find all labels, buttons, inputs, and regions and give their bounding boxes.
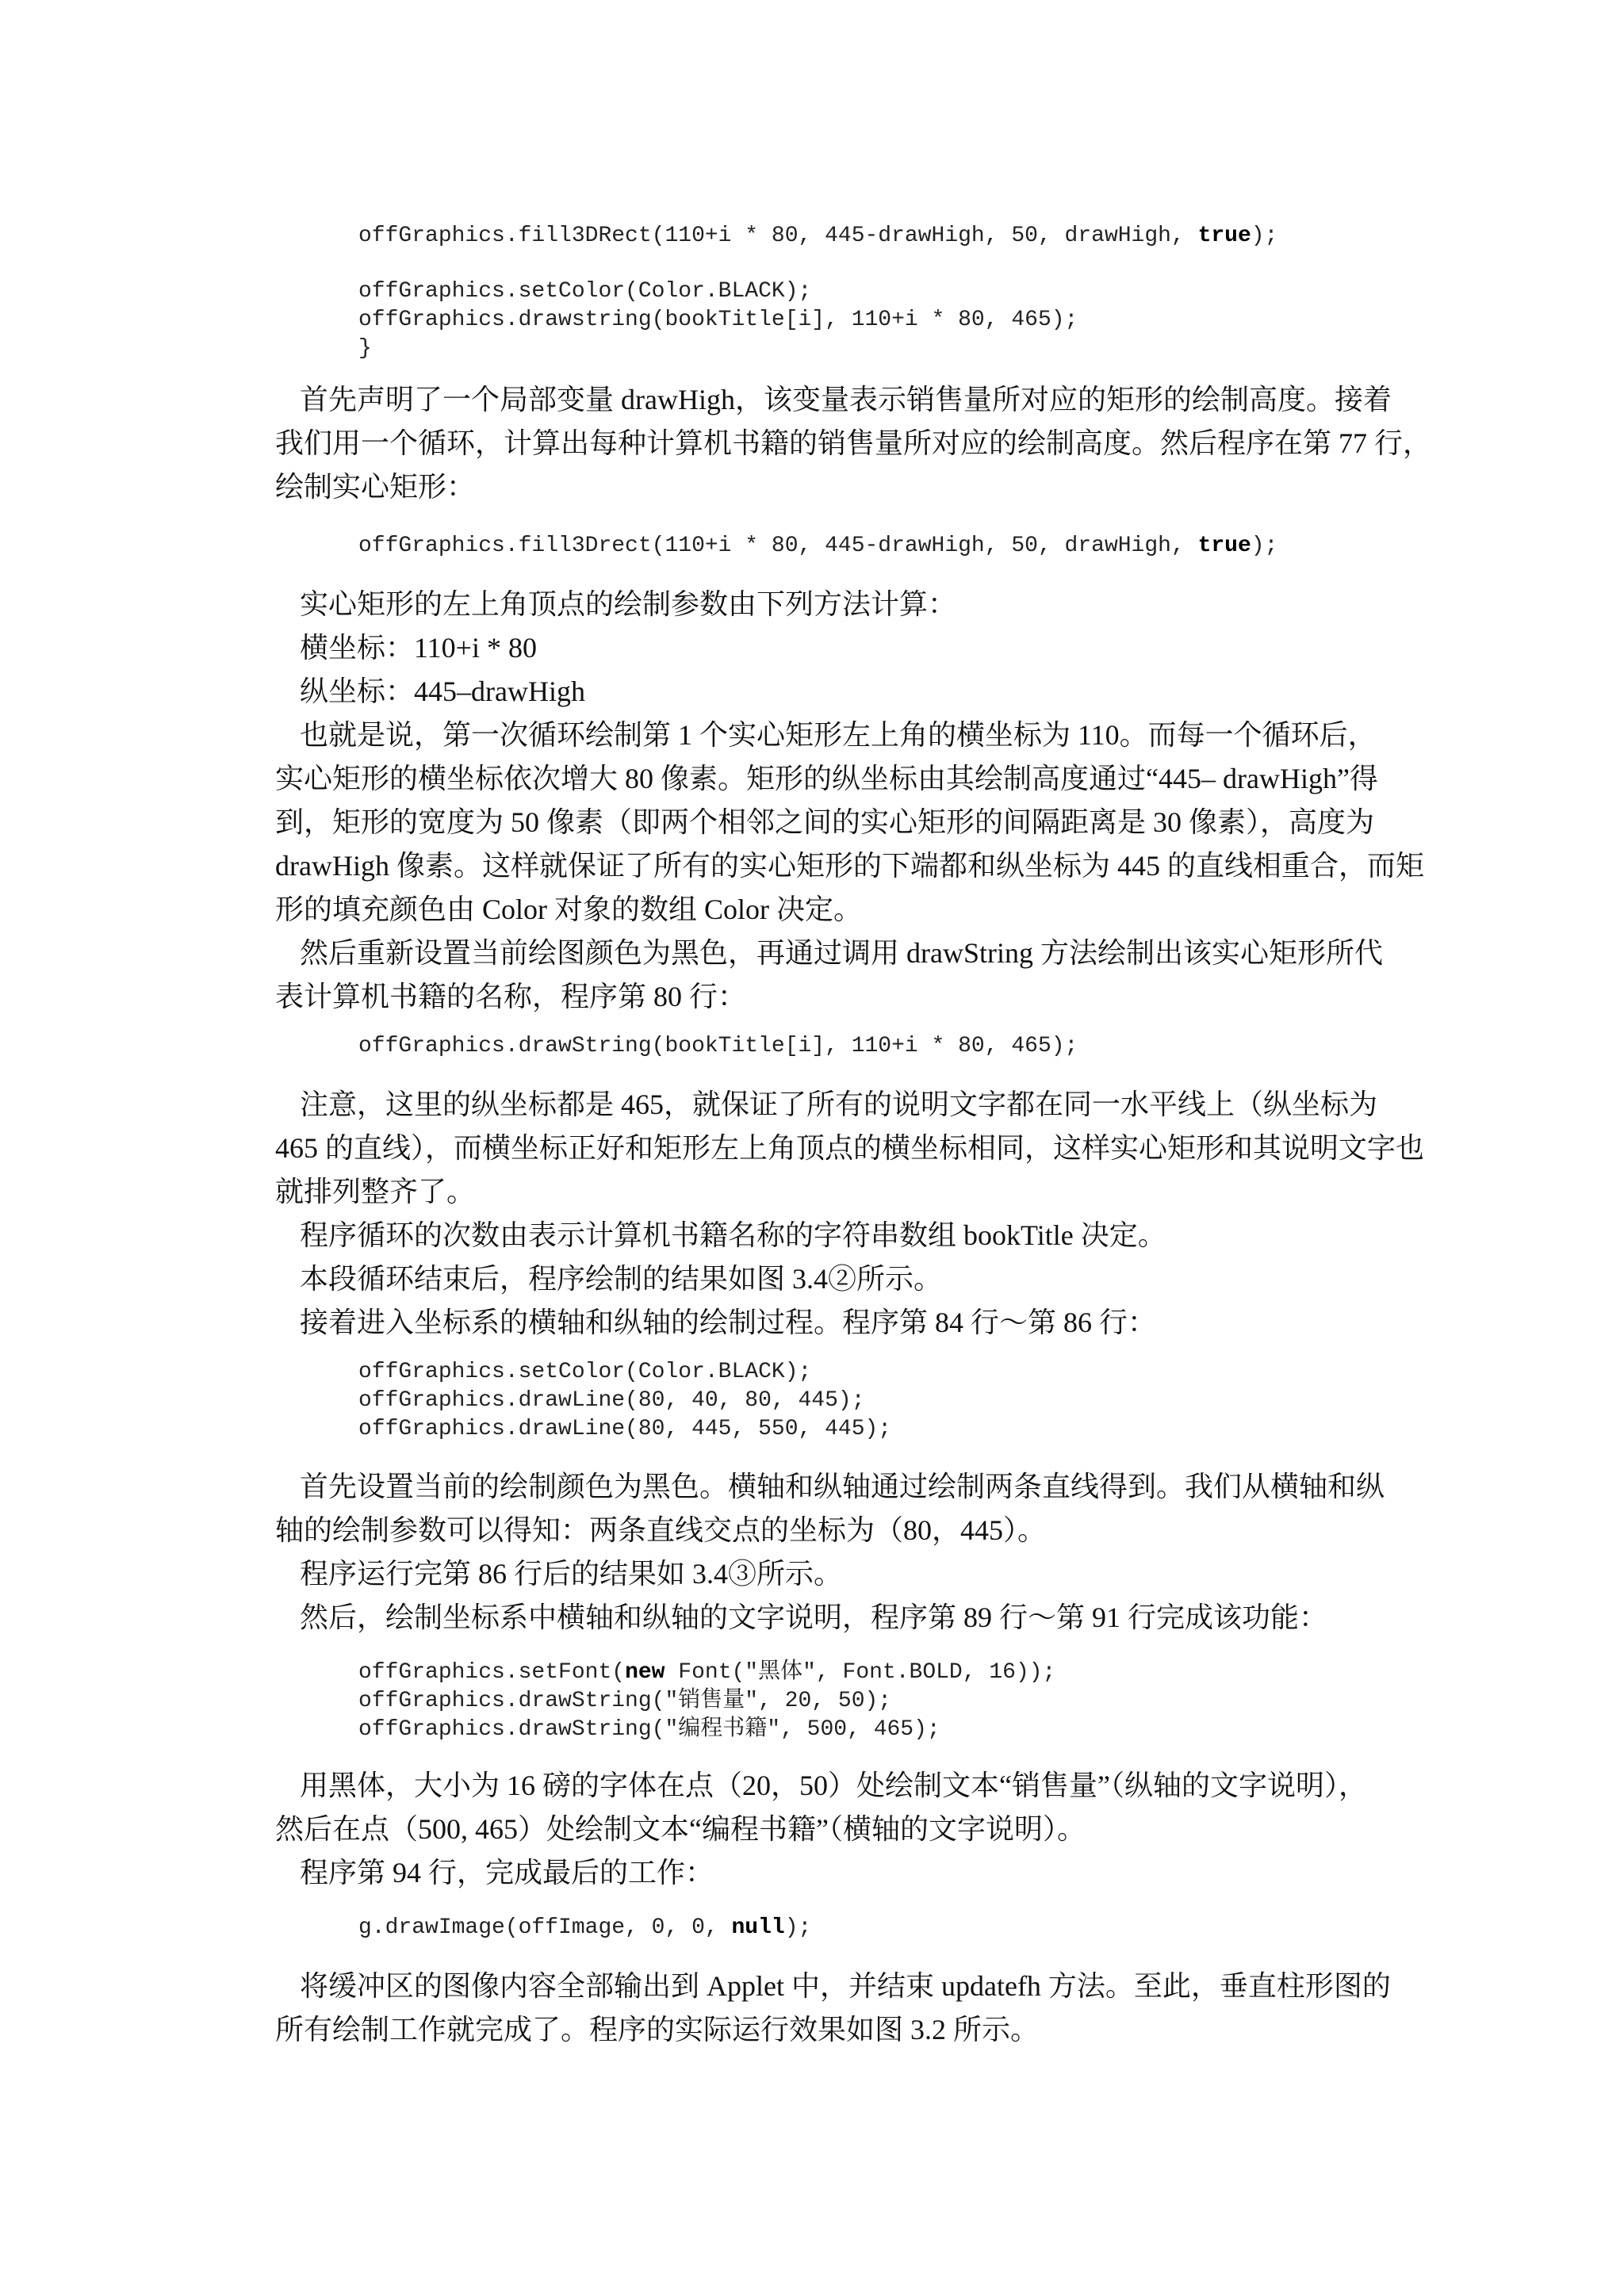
- code-keyword: true: [1198, 534, 1251, 558]
- paragraph-line: 程序第 94 行，完成最后的工作：: [300, 1858, 1410, 1887]
- paragraph-line: 实心矩形的左上角顶点的绘制参数由下列方法计算：: [300, 590, 1410, 618]
- paragraph-line: 首先声明了一个局部变量 drawHigh，该变量表示销售量所对应的矩形的绘制高度…: [300, 385, 1386, 414]
- paragraph-line: 然后在点（500, 465）处绘制文本“编程书籍”（横轴的文字说明）。: [275, 1815, 1385, 1843]
- paragraph-line: 注意，这里的纵坐标都是 465，就保证了所有的说明文字都在同一水平线上（纵坐标为: [300, 1090, 1410, 1119]
- paragraph-line: 也就是说，第一次循环绘制第 1 个实心矩形左上角的横坐标为 110。而每一个循环…: [300, 721, 1410, 749]
- code-text: );: [1251, 224, 1278, 248]
- code-line: offGraphics.setColor(Color.BLACK);: [358, 1361, 811, 1383]
- paragraph-line: 程序运行完第 86 行后的结果如 3.4③所示。: [300, 1559, 1410, 1588]
- code-line: offGraphics.drawString(bookTitle[i], 110…: [358, 1035, 1078, 1058]
- paragraph-line: 表计算机书籍的名称，程序第 80 行：: [275, 982, 1385, 1011]
- paragraph-line: 将缓冲区的图像内容全部输出到 Applet 中，并结束 updatefh 方法。…: [300, 1972, 1410, 2000]
- code-line: offGraphics.drawLine(80, 40, 80, 445);: [358, 1390, 865, 1412]
- code-text: Font("黑体", Font.BOLD, 16));: [665, 1660, 1055, 1685]
- code-keyword: true: [1198, 224, 1251, 248]
- code-line: offGraphics.fill3DRect(110+i * 80, 445-d…: [358, 225, 1277, 247]
- paragraph-line: 所有绘制工作就完成了。程序的实际运行效果如图 3.2 所示。: [275, 2015, 1385, 2044]
- paragraph-line: 绘制实心矩形：: [275, 473, 1385, 501]
- code-text: offGraphics.fill3Drect(110+i * 80, 445-d…: [358, 534, 1198, 558]
- code-text: );: [1251, 534, 1278, 558]
- paragraph-line: 到，矩形的宽度为 50 像素（即两个相邻之间的实心矩形的间隔距离是 30 像素）…: [275, 808, 1385, 836]
- code-line: offGraphics.drawstring(bookTitle[i], 110…: [358, 309, 1078, 331]
- paragraph-line: 纵坐标：445–drawHigh: [300, 677, 1410, 706]
- paragraph-line: drawHigh 像素。这样就保证了所有的实心矩形的下端都和纵坐标为 445 的…: [275, 851, 1385, 880]
- document-page: offGraphics.fill3DRect(110+i * 80, 445-d…: [0, 0, 1624, 2296]
- paragraph-line: 形的填充颜色由 Color 对象的数组 Color 决定。: [275, 895, 1385, 924]
- paragraph-line: 我们用一个循环，计算出每种计算机书籍的销售量所对应的绘制高度。然后程序在第 77…: [275, 429, 1385, 457]
- code-text: offGraphics.setFont(: [358, 1660, 625, 1685]
- paragraph-line: 首先设置当前的绘制颜色为黑色。横轴和纵轴通过绘制两条直线得到。我们从横轴和纵: [300, 1472, 1410, 1501]
- paragraph-line: 465 的直线），而横坐标正好和矩形左上角顶点的横坐标相同，这样实心矩形和其说明…: [275, 1134, 1385, 1162]
- paragraph-line: 程序循环的次数由表示计算机书籍名称的字符串数组 bookTitle 决定。: [300, 1221, 1410, 1249]
- paragraph-line: 轴的绘制参数可以得知：两条直线交点的坐标为（80，445）。: [275, 1516, 1385, 1544]
- code-line: offGraphics.fill3Drect(110+i * 80, 445-d…: [358, 535, 1277, 557]
- code-text: );: [785, 1915, 812, 1940]
- paragraph-line: 然后，绘制坐标系中横轴和纵轴的文字说明，程序第 89 行～第 91 行完成该功能…: [300, 1603, 1410, 1632]
- code-line: g.drawImage(offImage, 0, 0, null);: [358, 1917, 811, 1939]
- code-line: offGraphics.drawString("销售量", 20, 50);: [358, 1690, 891, 1712]
- code-line: offGraphics.drawLine(80, 445, 550, 445);: [358, 1418, 891, 1441]
- code-line: }: [358, 338, 372, 360]
- code-text: g.drawImage(offImage, 0, 0,: [358, 1915, 731, 1940]
- paragraph-line: 横坐标：110+i * 80: [300, 633, 1410, 662]
- code-keyword: null: [731, 1915, 784, 1940]
- paragraph-line: 本段循环结束后，程序绘制的结果如图 3.4②所示。: [300, 1265, 1410, 1293]
- paragraph-line: 然后重新设置当前绘图颜色为黑色，再通过调用 drawString 方法绘制出该实…: [300, 939, 1410, 967]
- code-keyword: new: [625, 1660, 665, 1685]
- code-line: offGraphics.setFont(new Font("黑体", Font.…: [358, 1662, 1055, 1684]
- code-line: offGraphics.drawString("编程书籍", 500, 465)…: [358, 1719, 940, 1741]
- paragraph-line: 用黑体，大小为 16 磅的字体在点（20，50）处绘制文本“销售量”（纵轴的文字…: [300, 1771, 1410, 1800]
- paragraph-line: 接着进入坐标系的横轴和纵轴的绘制过程。程序第 84 行～第 86 行：: [300, 1308, 1410, 1337]
- paragraph-line: 实心矩形的横坐标依次增大 80 像素。矩形的纵坐标由其绘制高度通过“445– d…: [275, 764, 1385, 793]
- code-line: offGraphics.setColor(Color.BLACK);: [358, 281, 811, 303]
- paragraph-line: 就排列整齐了。: [275, 1177, 1385, 1206]
- code-text: offGraphics.fill3DRect(110+i * 80, 445-d…: [358, 224, 1198, 248]
